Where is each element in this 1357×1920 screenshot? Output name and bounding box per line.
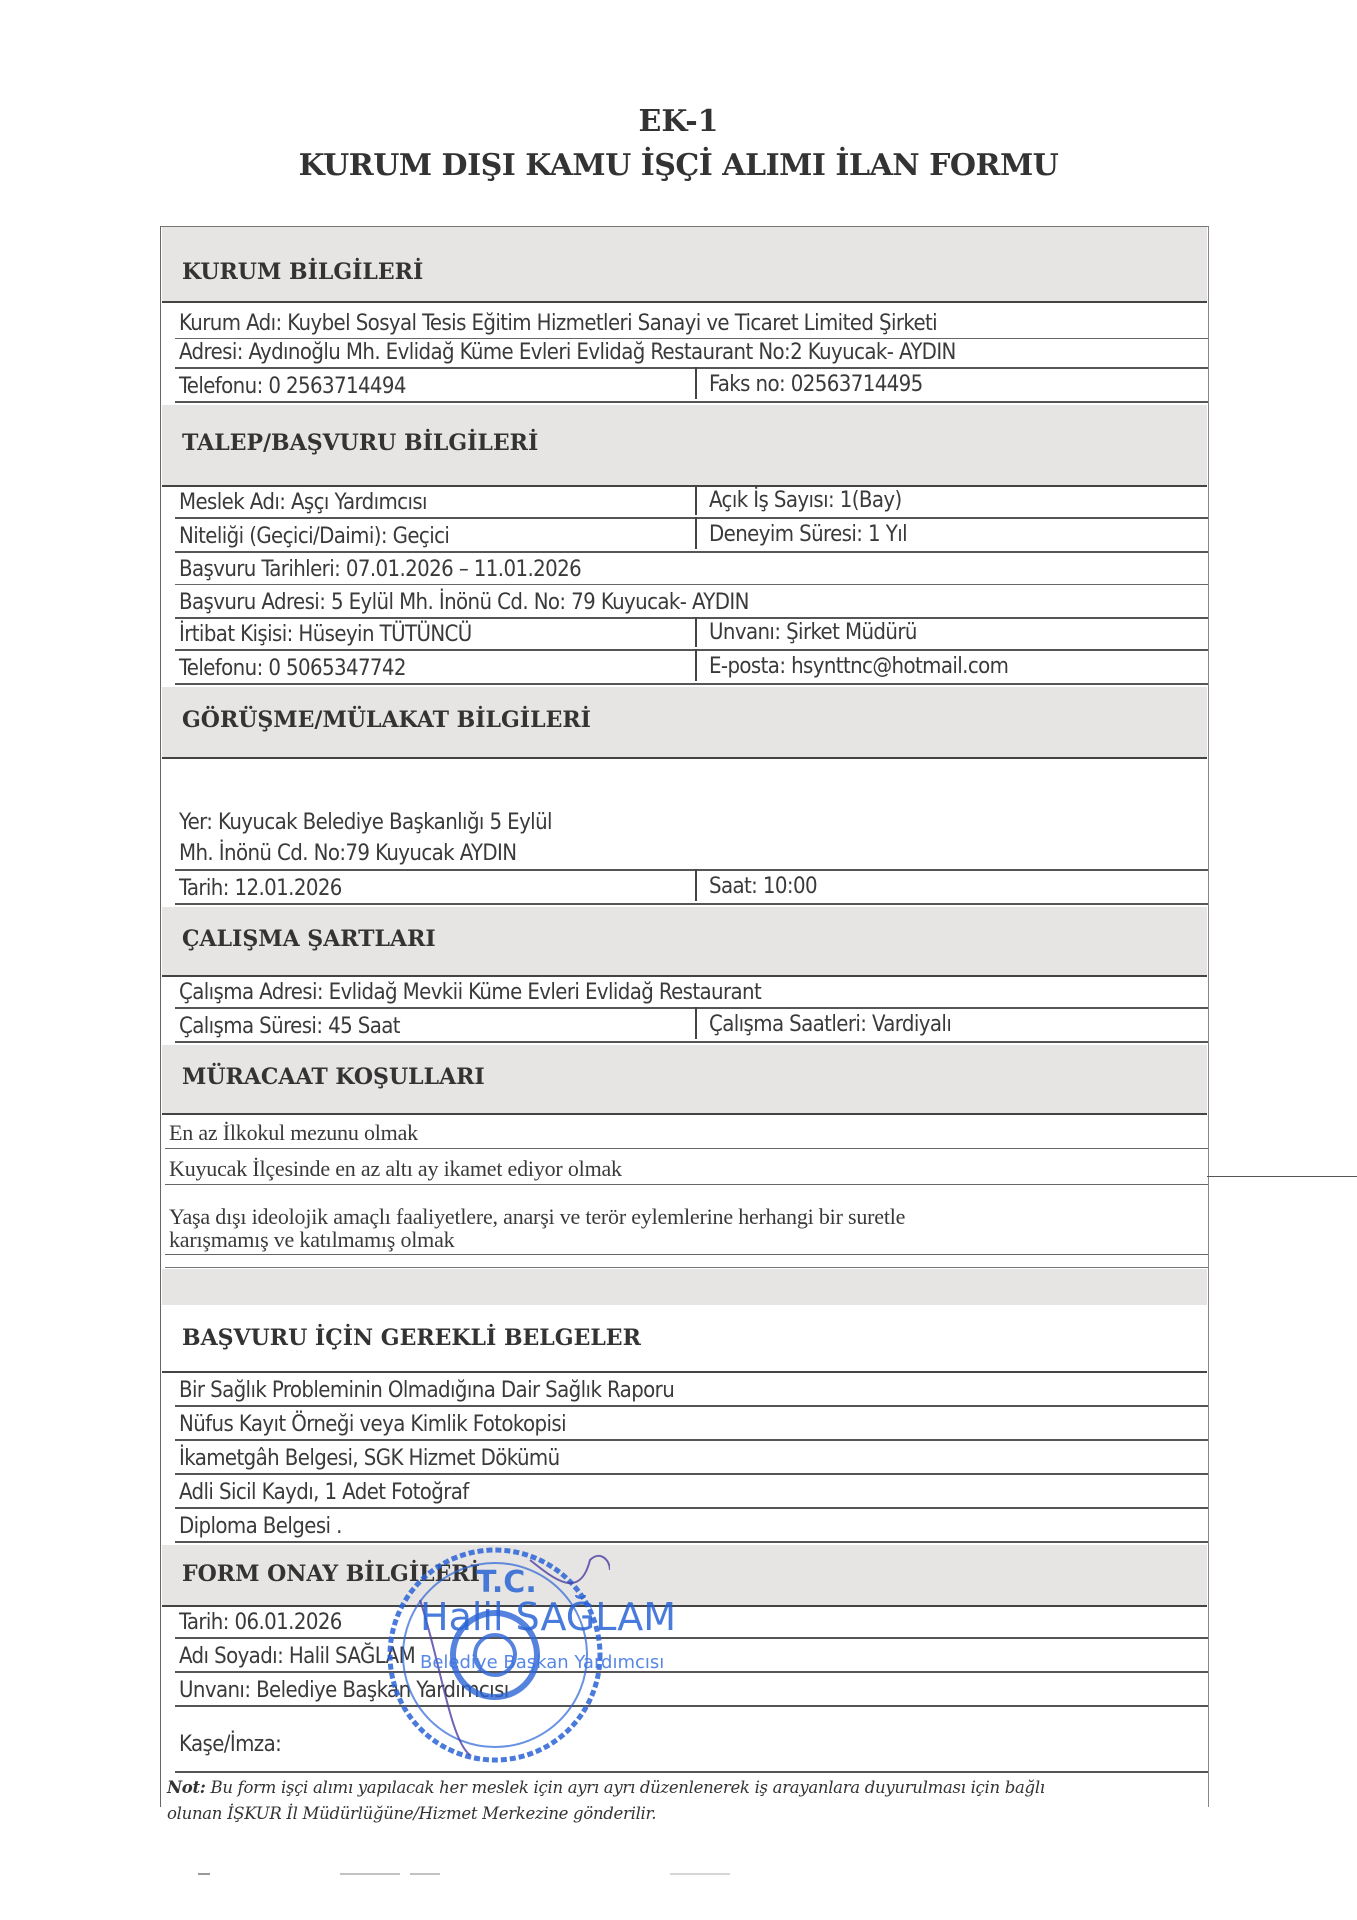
contact-person: İrtibat Kişisi: Hüseyin TÜTÜNCÜ [179, 622, 472, 647]
approval-title: Unvanı: Belediye Başkan Yardımcısı [179, 1678, 509, 1703]
note-text-2: olunan İŞKUR İl Müdürlüğüne/Hizmet Merke… [167, 1804, 656, 1823]
talep-row-3: Başvuru Tarihleri: 07.01.2026 – 11.01.20… [175, 553, 1208, 585]
interview-place-row: Yer: Kuyucak Belediye Başkanlığı 5 Eylül… [175, 759, 1208, 871]
interview-place-line2: Mh. İnönü Cd. No:79 Kuyucak AYDIN [179, 841, 517, 866]
work-address-row: Çalışma Adresi: Evlidağ Mevkii Küme Evle… [175, 977, 1208, 1009]
kurum-fax: Faks no: 02563714495 [695, 367, 923, 399]
kurum-name: Kurum Adı: Kuybel Sosyal Tesis Eğitim Hi… [179, 311, 937, 336]
scan-artifact [670, 1873, 730, 1875]
kurum-address-row: Adresi: Aydınoğlu Mh. Evlidağ Küme Evler… [175, 339, 1208, 369]
talep-row-2: Niteliği (Geçici/Daimi): Geçici Deneyim … [175, 519, 1208, 553]
stamp-name: Halil SAĞLAM [420, 1595, 676, 1639]
document-1: Bir Sağlık Probleminin Olmadığına Dair S… [175, 1373, 1208, 1407]
approval-name: Adı Soyadı: Halil SAĞLAM [179, 1644, 415, 1669]
interview-datetime-row: Tarih: 12.01.2026 Saat: 10:00 [175, 871, 1208, 905]
document-2: Nüfus Kayıt Örneği veya Kimlik Fotokopis… [175, 1407, 1208, 1441]
kurum-phone: Telefonu: 0 2563714494 [179, 374, 406, 399]
openings: Açık İş Sayısı: 1(Bay) [695, 485, 902, 515]
document-4: Adli Sicil Kaydı, 1 Adet Fotoğraf [175, 1475, 1208, 1509]
section-onay-heading: FORM ONAY BİLGİLERİ [162, 1545, 1207, 1607]
talep-row-1: Meslek Adı: Aşçı Yardımcısı Açık İş Sayı… [175, 487, 1208, 519]
divider [165, 1267, 1208, 1268]
contact-phone: Telefonu: 0 5065347742 [179, 656, 406, 681]
section-talep-heading: TALEP/BAŞVURU BİLGİLERİ [162, 405, 1207, 487]
approval-name-row: Adı Soyadı: Halil SAĞLAM [175, 1639, 1208, 1673]
note-text-1: Bu form işçi alımı yapılacak her meslek … [206, 1778, 1045, 1797]
application-address: Başvuru Adresi: 5 Eylül Mh. İnönü Cd. No… [179, 590, 749, 615]
talep-row-6: Telefonu: 0 5065347742 E-posta: hsynttnc… [175, 651, 1208, 685]
kurum-address: Adresi: Aydınoğlu Mh. Evlidağ Küme Evler… [179, 340, 956, 365]
announcement-form: KURUM BİLGİLERİ Kurum Adı: Kuybel Sosyal… [160, 226, 1209, 1807]
interview-date: Tarih: 12.01.2026 [179, 876, 342, 901]
scan-artifact [340, 1873, 400, 1875]
form-title: KURUM DIŞI KAMU İŞÇİ ALIMI İLAN FORMU [0, 148, 1357, 183]
talep-row-4: Başvuru Adresi: 5 Eylül Mh. İnönü Cd. No… [175, 585, 1208, 619]
section-gorusme-heading: GÖRÜŞME/MÜLAKAT BİLGİLERİ [162, 687, 1207, 759]
section-calisma-heading: ÇALIŞMA ŞARTLARI [162, 907, 1207, 977]
kurum-name-row: Kurum Adı: Kuybel Sosyal Tesis Eğitim Hi… [175, 303, 1208, 339]
kurum-phone-row: Telefonu: 0 2563714494 Faks no: 02563714… [175, 369, 1208, 403]
condition-2: Kuyucak İlçesinde en az altı ay ikamet e… [165, 1149, 1208, 1185]
document-3: İkametgâh Belgesi, SGK Hizmet Dökümü [175, 1441, 1208, 1475]
document-5: Diploma Belgesi . [175, 1509, 1208, 1543]
note-label: Not: [167, 1778, 206, 1797]
interview-place-line1: Yer: Kuyucak Belediye Başkanlığı 5 Eylül [179, 810, 552, 835]
nature: Niteliği (Geçici/Daimi): Geçici [179, 524, 449, 549]
section-belgeler-heading: BAŞVURU İÇİN GEREKLİ BELGELER [162, 1305, 1207, 1373]
condition-1: En az İlkokul mezunu olmak [165, 1115, 1208, 1149]
form-note: Not: Bu form işçi alımı yapılacak her me… [167, 1775, 1207, 1827]
profession: Meslek Adı: Aşçı Yardımcısı [179, 490, 427, 515]
scan-artifact [410, 1873, 440, 1875]
contact-title: Unvanı: Şirket Müdürü [695, 617, 917, 647]
seal-signature-row: Kaşe/İmza: [175, 1707, 1208, 1773]
talep-row-5: İrtibat Kişisi: Hüseyin TÜTÜNCÜ Unvanı: … [175, 619, 1208, 651]
blank-shaded-band [162, 1269, 1207, 1305]
stray-scan-line [1207, 1176, 1357, 1177]
section-muracaat-heading: MÜRACAAT KOŞULLARI [162, 1045, 1207, 1115]
interview-time: Saat: 10:00 [695, 869, 817, 901]
condition-3: Yaşa dışı ideolojik amaçlı faaliyetlere,… [165, 1185, 1208, 1255]
approval-date-row: Tarih: 06.01.2026 [175, 1607, 1208, 1639]
work-address: Çalışma Adresi: Evlidağ Mevkii Küme Evle… [179, 980, 761, 1005]
work-hours: Çalışma Saatleri: Vardiyalı [695, 1007, 951, 1039]
work-duration: Çalışma Süresi: 45 Saat [179, 1014, 400, 1039]
application-dates: Başvuru Tarihleri: 07.01.2026 – 11.01.20… [179, 557, 581, 582]
work-duration-row: Çalışma Süresi: 45 Saat Çalışma Saatleri… [175, 1009, 1208, 1043]
section-kurum-heading: KURUM BİLGİLERİ [162, 227, 1207, 303]
seal-signature-label: Kaşe/İmza: [179, 1732, 281, 1757]
contact-email[interactable]: E-posta: hsynttnc@hotmail.com [695, 649, 1008, 681]
experience: Deneyim Süresi: 1 Yıl [695, 517, 907, 549]
scan-artifact [198, 1873, 210, 1875]
approval-date: Tarih: 06.01.2026 [179, 1610, 342, 1635]
form-code: EK-1 [0, 104, 1357, 139]
stamp-title: Belediye Başkan Yardımcısı [420, 1652, 664, 1673]
approval-title-row: Unvanı: Belediye Başkan Yardımcısı [175, 1673, 1208, 1707]
